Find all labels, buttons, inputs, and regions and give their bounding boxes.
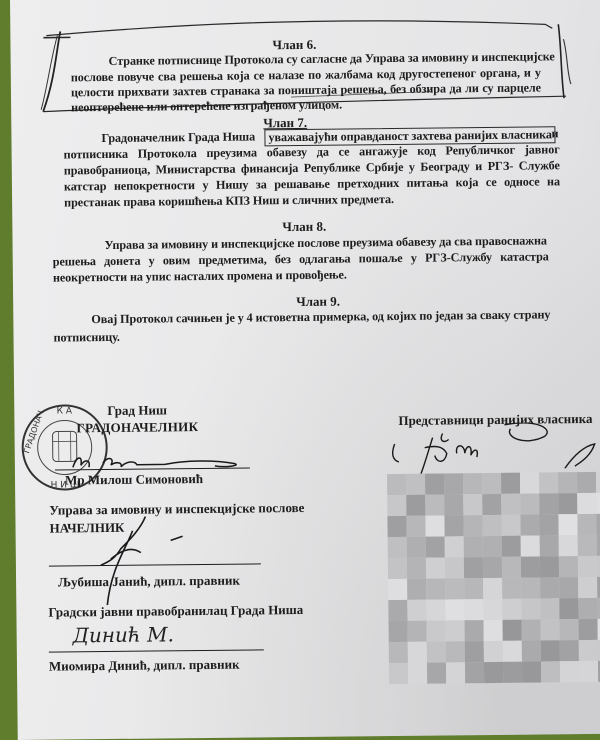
article-6-heading: Члан 6. [272,37,316,53]
article-9-heading: Члан 9. [296,294,340,310]
article-7-line-1c: и [551,126,558,141]
article-8-line-3: неокретности на упис насталих промена и … [53,267,347,285]
property-admin-name: Љубиша Јанић, дипл. правник [58,573,240,591]
city-attorney-name: Миомира Динић, дипл. правник [49,657,240,675]
property-admin-org: Управа за имовину и инспекцијске послове [49,500,304,519]
svg-text:К А: К А [57,406,73,416]
city-attorney-signature-line [49,649,264,652]
property-admin-signature-line [49,563,261,566]
article-7-line-5: престанак права коришћења КПЗ Ниш и слич… [64,192,394,210]
mayor-name: Мр Милош Симоновић [65,471,203,488]
article-9-line-1: Овај Протокол сачињен је у 4 истоветна п… [91,307,550,327]
property-admin-title: НАЧЕЛНИК [49,520,124,537]
mayor-org: Град Ниш [107,402,167,419]
mayor-title: ГРАДОНАЧЕЛНИК [76,419,198,436]
article-9-line-2: потписницу. [53,330,119,346]
redacted-signatures-area [387,472,600,684]
article-7-line-1a: Градоначелник Града Ниша [101,129,255,146]
former-owners-title: Представници ранијих власника [398,411,592,429]
article-6-line-4: неоптерећене или оптерећене изграђеном у… [71,98,342,116]
city-attorney-signature: Динић М. [73,622,175,647]
city-attorney-org: Градски јавни правобранилац Града Ниша [48,602,303,621]
article-8-heading: Члан 8. [282,219,326,235]
document-page: Члан 6. Странке потписнице Протокола су … [10,0,600,740]
svg-text:ГРАДОНАЧ: ГРАДОНАЧ [22,409,45,454]
mayor-signature-line [55,468,250,471]
